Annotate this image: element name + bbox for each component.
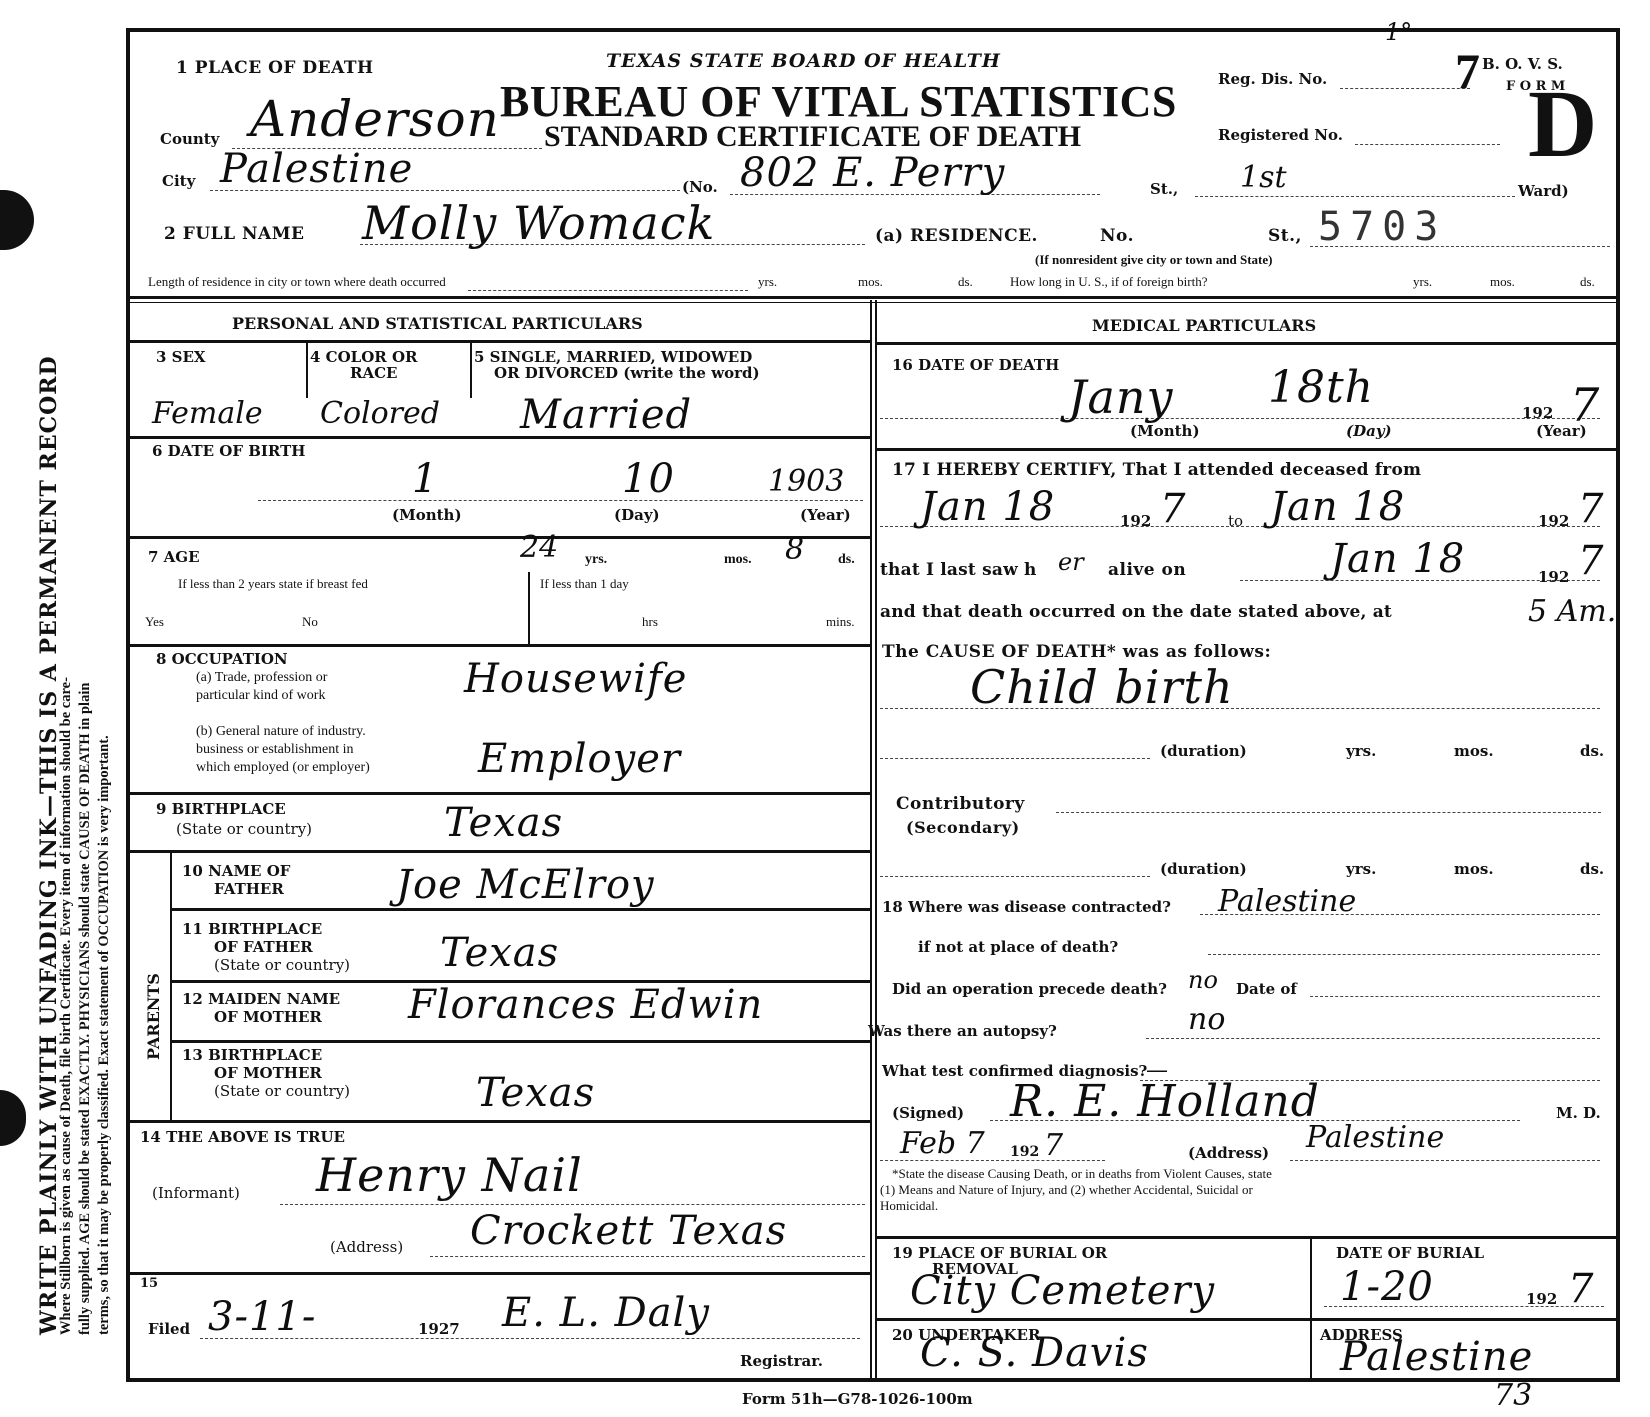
contributory-label: Contributory (896, 794, 1025, 814)
duration-label-2: (duration) (1160, 860, 1247, 878)
father-bp-label-1: 11 BIRTHPLACE (182, 920, 322, 938)
filed-date: 3-11- (208, 1294, 316, 1340)
street-no-label: (No. (682, 178, 718, 196)
certificate-title: STANDARD CERTIFICATE OF DEATH (544, 120, 1081, 154)
duration-line-1 (880, 758, 1150, 759)
punch-hole-bottom (0, 1090, 26, 1146)
father-label-1: 10 NAME OF (182, 862, 290, 880)
race-label-2: RACE (350, 364, 397, 382)
death-occurred-label: and that death occurred on the date stat… (880, 602, 1392, 622)
attended-from-date: Jan 18 (920, 484, 1055, 530)
medical-title-rule (877, 342, 1618, 345)
mother-bp-label-1: 13 BIRTHPLACE (182, 1046, 322, 1064)
form-vertical-letters: F O R M (1506, 78, 1518, 95)
dod-day: 18th (1268, 362, 1374, 413)
row-rule-4 (128, 792, 870, 795)
disease-contracted-label: 18 Where was disease contracted? (882, 898, 1171, 916)
filed-label: Filed (148, 1320, 190, 1338)
death-time-value: 5 Am. (1528, 594, 1616, 629)
sex-value: Female (152, 396, 263, 431)
dod-year-caption: (Year) (1536, 422, 1587, 440)
operation-value: no (1188, 966, 1218, 994)
residence-st-label: St., (1268, 226, 1302, 246)
sign-date: Feb 7 (900, 1126, 985, 1161)
duration-ds-2: ds. (1580, 860, 1604, 878)
occ-b-label-1: (b) General nature of industry. (196, 724, 366, 740)
birthplace-sub: (State or country) (176, 820, 312, 838)
row-rule-1 (128, 436, 870, 439)
age-days: 8 (785, 532, 804, 567)
row-rule-8 (172, 1040, 870, 1043)
length-of-residence-label: Length of residence in city or town wher… (148, 274, 446, 290)
reg-dis-label: Reg. Dis. No. (1218, 70, 1327, 88)
informant-value: Henry Nail (316, 1148, 583, 1202)
row-rule-10 (128, 1272, 870, 1275)
dod-label: 16 DATE OF DEATH (892, 356, 1059, 374)
burial-year-prefix: 192 (1526, 1290, 1557, 1308)
occupation-industry-value: Employer (478, 736, 681, 782)
full-name-label: 2 FULL NAME (164, 224, 304, 244)
sex-label: 3 SEX (156, 348, 206, 366)
dob-month: 1 (412, 456, 438, 502)
last-saw-year: 7 (1578, 538, 1604, 584)
city-label: City (162, 172, 195, 190)
personal-section-title: PERSONAL AND STATISTICAL PARTICULARS (232, 314, 643, 333)
mins-label: mins. (826, 614, 855, 630)
hrs-label: hrs (642, 614, 658, 630)
attended-to-date: Jan 18 (1270, 484, 1405, 530)
street-value: 802 E. Perry (740, 150, 1005, 196)
registered-no-label: Registered No. (1218, 126, 1343, 144)
age-mos-label: mos. (724, 552, 752, 568)
breastfed-no: No (302, 614, 318, 630)
header-separator (128, 296, 1618, 299)
cause-of-death-label: The CAUSE OF DEATH* was as follows: (882, 642, 1271, 662)
operation-label: Did an operation precede death? (892, 980, 1167, 998)
parents-side-label: PARENTS (144, 973, 163, 1060)
mother-bp-label-3: (State or country) (214, 1082, 350, 1100)
physician-address-value: Palestine (1306, 1120, 1444, 1155)
last-saw-gender: er (1058, 548, 1084, 576)
certify-statement: 17 I HEREBY CERTIFY, That I attended dec… (892, 460, 1421, 480)
st-label: St., (1150, 180, 1178, 198)
mother-bp-label-2: OF MOTHER (214, 1064, 322, 1082)
ward-label: Ward) (1518, 182, 1569, 200)
secondary-label: (Secondary) (906, 818, 1020, 837)
birthplace-value: Texas (444, 800, 563, 846)
filed-number: 15 (140, 1276, 158, 1291)
sex-race-divider (306, 342, 308, 398)
footnote-line-1: *State the disease Causing Death, or in … (892, 1166, 1272, 1182)
occ-b-label-3: which employed (or employer) (196, 760, 370, 776)
dod-rule (877, 448, 1618, 451)
parents-divider (170, 852, 172, 1122)
burial-divider (1310, 1238, 1312, 1382)
attended-from-year-prefix: 192 (1120, 512, 1151, 530)
row-rule-2 (128, 536, 870, 539)
informant-address-label: (Address) (330, 1238, 403, 1256)
length-yrs: yrs. (758, 274, 777, 290)
foreign-yrs: yrs. (1413, 274, 1432, 290)
age-yrs-label: yrs. (585, 552, 607, 568)
operation-date-line (1310, 996, 1600, 997)
informant-line (280, 1204, 865, 1205)
attended-from-year: 7 (1160, 486, 1186, 532)
breastfed-note: If less than 2 years state if breast fed (178, 576, 368, 592)
attended-to-label: to (1228, 512, 1243, 530)
duration-mos-1: mos. (1454, 742, 1494, 760)
column-divider (870, 300, 872, 1382)
occupation-trade-value: Housewife (464, 656, 687, 702)
burial-place-value: City Cemetery (910, 1268, 1215, 1314)
full-name-value: Molly Womack (362, 196, 715, 250)
form-d-letter: D (1528, 76, 1597, 172)
row-rule-6 (172, 908, 870, 911)
sign-year-prefix: 192 (1010, 1144, 1039, 1160)
race-value: Colored (320, 396, 440, 431)
dob-line (258, 500, 863, 501)
row-rule-5 (128, 850, 870, 853)
dob-year: 1903 (768, 464, 844, 499)
not-at-place-line (1208, 954, 1600, 955)
dob-day-caption: (Day) (614, 506, 660, 524)
burial-top-rule (877, 1236, 1618, 1239)
place-of-death-label: 1 PLACE OF DEATH (176, 58, 374, 78)
physician-address-label: (Address) (1188, 1144, 1269, 1162)
margin-note-line-2: fully supplied. AGE should be stated EXA… (77, 683, 94, 1335)
contributory-line (1056, 812, 1601, 813)
dob-month-caption: (Month) (392, 506, 462, 524)
undertaker-rule (877, 1318, 1618, 1321)
row-rule-9 (128, 1120, 870, 1123)
length-ds: ds. (958, 274, 973, 290)
duration-label-1: (duration) (1160, 742, 1247, 760)
column-divider-2 (875, 300, 877, 1382)
alive-on-label: alive on (1108, 560, 1186, 580)
personal-title-rule (128, 340, 870, 343)
nonresident-note: (If nonresident give city or town and St… (1035, 252, 1273, 268)
burial-date-value: 1-20 (1340, 1264, 1434, 1310)
age-label: 7 AGE (148, 548, 200, 566)
duration-line-2 (880, 876, 1150, 877)
cause-of-death-value: Child birth (970, 660, 1234, 714)
informant-address-value: Crockett Texas (470, 1208, 787, 1254)
board-title: TEXAS STATE BOARD OF HEALTH (606, 50, 1001, 72)
ward-line (1195, 196, 1515, 197)
dod-month: Jany (1068, 370, 1173, 424)
registered-no-line (1355, 144, 1500, 145)
last-saw-label: that I last saw h (880, 560, 1037, 580)
breastfed-yes: Yes (145, 614, 164, 630)
medical-section-title: MEDICAL PARTICULARS (1092, 316, 1316, 335)
length-mos: mos. (858, 274, 883, 290)
filed-year: 1927 (418, 1320, 460, 1338)
burial-date-label: DATE OF BURIAL (1336, 1244, 1484, 1262)
father-name-value: Joe McElroy (396, 862, 655, 908)
footnote-line-3: Homicidal. (880, 1198, 938, 1214)
dod-year-prefix: 192 (1522, 404, 1553, 422)
sign-year: 7 (1044, 1128, 1063, 1163)
signed-label: (Signed) (892, 1104, 964, 1122)
city-value: Palestine (220, 146, 413, 192)
disease-contracted-value: Palestine (1218, 884, 1356, 919)
not-at-place-label: if not at place of death? (918, 938, 1118, 956)
burial-year: 7 (1568, 1266, 1594, 1312)
mother-label-1: 12 MAIDEN NAME (182, 990, 340, 1008)
father-bp-label-2: OF FATHER (214, 938, 313, 956)
mother-name-value: Florances Edwin (408, 982, 763, 1028)
header-separator-thin (128, 302, 1618, 303)
length-line (468, 290, 748, 291)
autopsy-value: no (1188, 1002, 1225, 1037)
ward-value: 1st (1240, 160, 1287, 195)
informant-label: (Informant) (152, 1184, 240, 1202)
mother-birthplace-value: Texas (476, 1070, 595, 1116)
margin-note-line-3: terms, so that it may be properly classi… (96, 735, 113, 1335)
attended-to-year-prefix: 192 (1538, 512, 1569, 530)
attended-to-year: 7 (1578, 486, 1604, 532)
row-rule-3 (128, 644, 870, 647)
father-bp-label-3: (State or country) (214, 956, 350, 974)
dod-line (880, 418, 1600, 419)
registrar-label: Registrar. (740, 1352, 823, 1370)
page-mark: 73 (1494, 1378, 1532, 1413)
marital-label-2: OR DIVORCED (write the word) (494, 364, 760, 382)
father-birthplace-value: Texas (440, 930, 559, 976)
less-than-day-note: If less than 1 day (540, 576, 629, 592)
occupation-label: 8 OCCUPATION (156, 650, 288, 668)
race-marital-divider (470, 342, 472, 398)
dob-year-caption: (Year) (800, 506, 851, 524)
dod-month-caption: (Month) (1130, 422, 1200, 440)
reg-dis-mark: 1° (1385, 18, 1412, 46)
birthplace-label: 9 BIRTHPLACE (156, 800, 286, 818)
autopsy-label: Was there an autopsy? (868, 1022, 1057, 1040)
physician-signature: R. E. Holland (1010, 1076, 1320, 1127)
occ-a-label-2: particular kind of work (196, 688, 325, 704)
age-ds-label: ds. (838, 552, 855, 568)
county-value: Anderson (250, 90, 500, 148)
physician-address-line (1290, 1160, 1600, 1161)
occ-a-label-1: (a) Trade, profession or (196, 670, 327, 686)
md-label: M. D. (1556, 1104, 1601, 1122)
county-label: County (160, 130, 219, 148)
last-saw-year-prefix: 192 (1538, 568, 1569, 586)
foreign-ds: ds. (1580, 274, 1595, 290)
registrar-signature: E. L. Daly (502, 1290, 710, 1336)
residence-no-label: No. (1100, 226, 1134, 246)
autopsy-line (1146, 1038, 1600, 1039)
mother-label-2: OF MOTHER (214, 1008, 322, 1026)
stamp-number: 5703 (1318, 204, 1446, 250)
informant-address-line (430, 1256, 865, 1257)
reg-dis-line (1340, 88, 1470, 89)
age-subdivider (528, 572, 530, 644)
dob-day: 10 (622, 456, 675, 502)
footnote-line-2: (1) Means and Nature of Injury, and (2) … (880, 1182, 1253, 1198)
informant-statement: 14 THE ABOVE IS TRUE (140, 1128, 345, 1146)
duration-yrs-1: yrs. (1346, 742, 1376, 760)
father-label-2: FATHER (214, 880, 284, 898)
residence-label: (a) RESIDENCE. (875, 226, 1038, 246)
duration-ds-1: ds. (1580, 742, 1604, 760)
foreign-birth-label: How long in U. S., if of foreign birth? (1010, 274, 1208, 290)
punch-hole-top (0, 190, 34, 250)
margin-note-line-1: Where Stillborn is given as cause of Dea… (58, 677, 75, 1335)
dob-label: 6 DATE OF BIRTH (152, 442, 305, 460)
form-number: Form 51h—G78-1026-100m (742, 1390, 973, 1408)
undertaker-value: C. S. Davis (920, 1330, 1149, 1376)
duration-yrs-2: yrs. (1346, 860, 1376, 878)
reg-dis-value: 7 (1455, 42, 1480, 100)
age-years: 24 (520, 530, 558, 565)
operation-date-label: Date of (1236, 980, 1297, 998)
marital-value: Married (520, 392, 692, 438)
last-saw-date: Jan 18 (1330, 536, 1465, 582)
duration-mos-2: mos. (1454, 860, 1494, 878)
occ-b-label-2: business or establishment in (196, 742, 354, 758)
undertaker-address-value: Palestine (1340, 1334, 1533, 1380)
foreign-mos: mos. (1490, 274, 1515, 290)
dod-day-caption: (Day) (1346, 422, 1392, 440)
